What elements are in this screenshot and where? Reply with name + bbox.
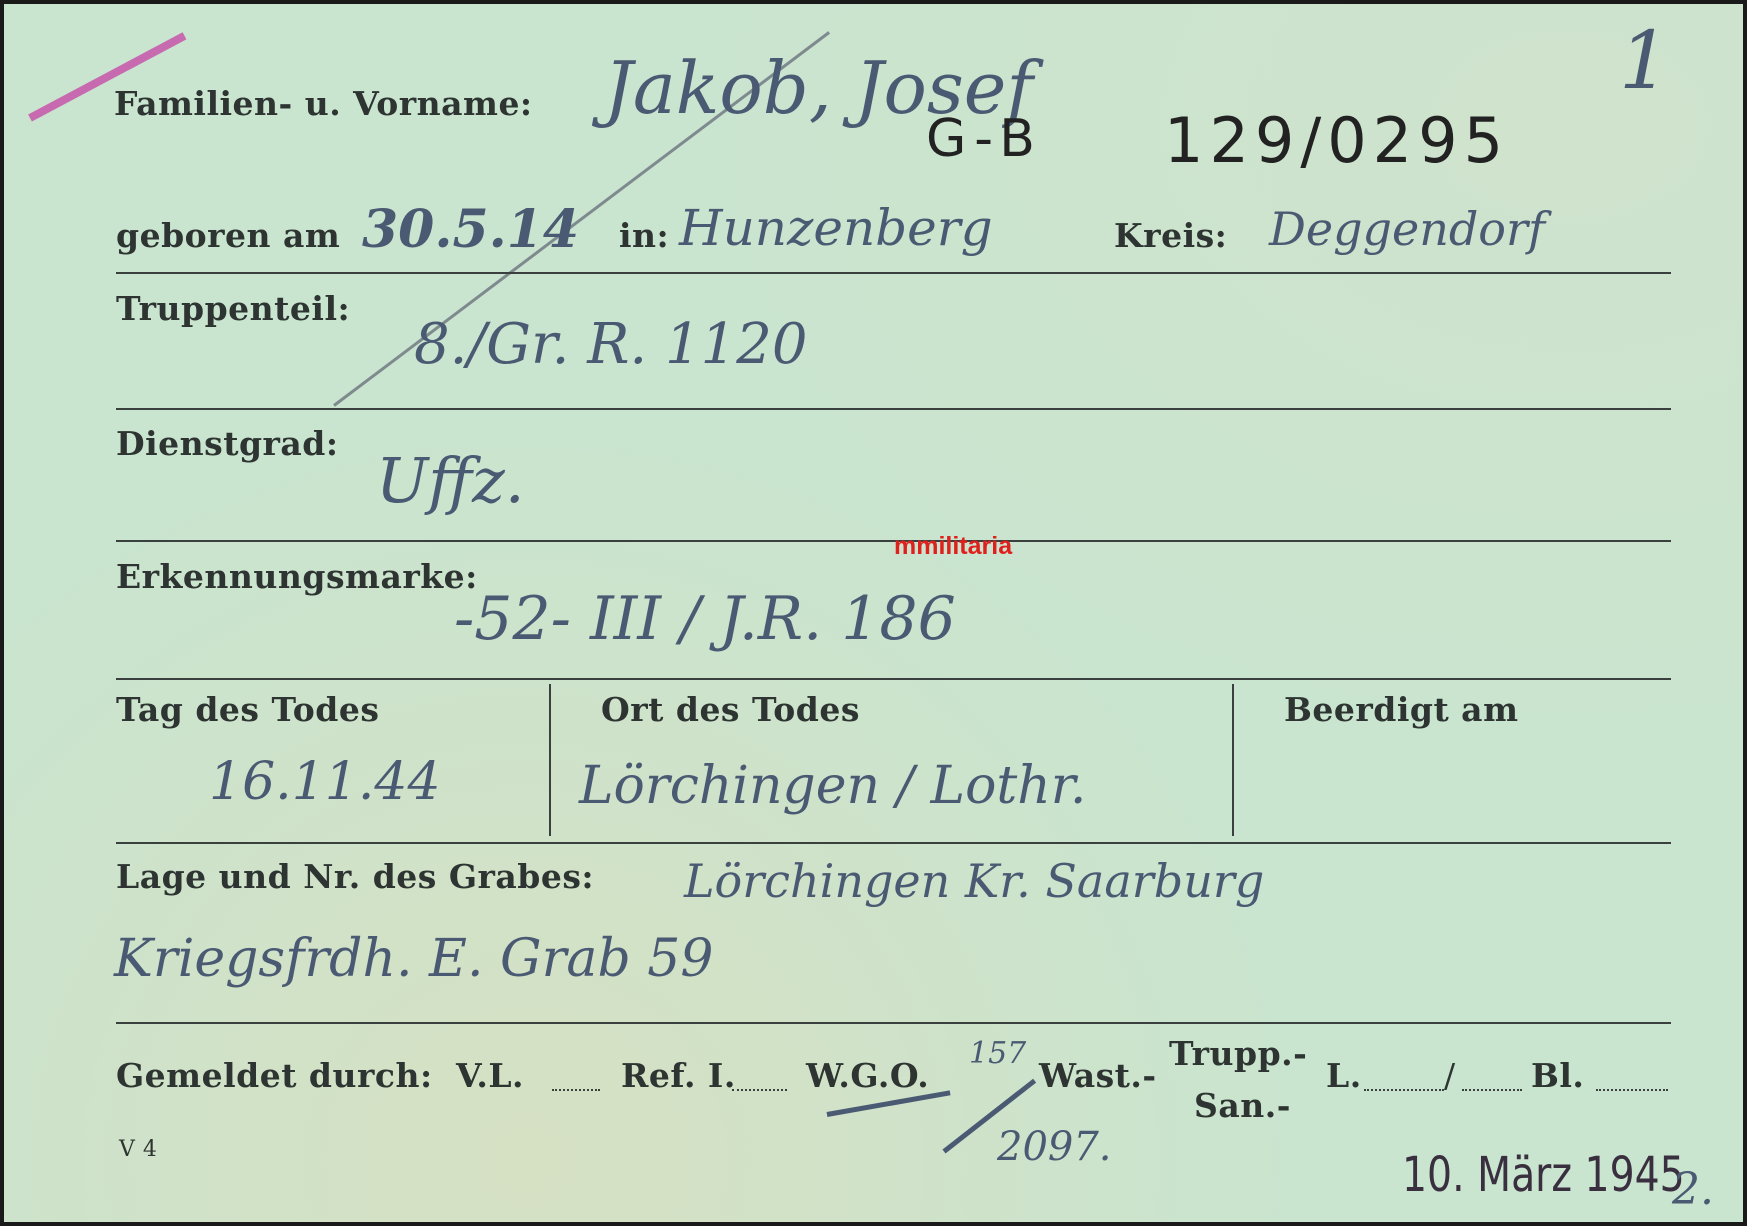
reported-by-l: L. <box>1326 1056 1362 1095</box>
unit-label: Truppenteil: <box>116 289 350 328</box>
grave-label: Lage und Nr. des Grabes: <box>116 857 594 896</box>
unit-value: 8./Gr. R. 1120 <box>414 312 808 377</box>
reported-by-vl: V.L. <box>456 1056 524 1095</box>
dotted-line <box>552 1089 600 1091</box>
id-tag-value: -52- III / J.R. 186 <box>454 584 956 654</box>
dotted-line <box>732 1089 787 1091</box>
wgo-number: 157 <box>969 1036 1026 1071</box>
id-tag-label: Erkennungsmarke: <box>116 557 478 596</box>
column-divider <box>549 684 551 836</box>
reported-by-ref: Ref. I. <box>621 1056 736 1095</box>
stamp-initial: 2. <box>1672 1164 1714 1215</box>
reported-by-san: San.- <box>1194 1086 1291 1125</box>
reported-by-label: Gemeldet durch: <box>116 1056 433 1095</box>
reported-by-bl: Bl. <box>1531 1056 1584 1095</box>
reported-by-trupp: Trupp.- <box>1169 1034 1307 1073</box>
born-value: 30.5.14 <box>362 199 579 260</box>
file-number: 129/0295 <box>1164 104 1509 177</box>
dotted-line <box>1462 1089 1522 1091</box>
death-record-card: 1 Familien- u. Vorname: Jakob, Josef G-B… <box>4 4 1743 1222</box>
birthplace-label: in: <box>619 216 669 255</box>
reported-by-wgo: W.G.O. <box>806 1056 929 1095</box>
watermark: mmilitaria <box>894 532 1012 561</box>
grave-value-line2: Kriegsfrdh. E. Grab 59 <box>114 929 713 989</box>
reported-by-slash: / <box>1444 1056 1456 1095</box>
column-divider <box>1232 684 1234 836</box>
form-code: V 4 <box>119 1137 157 1162</box>
divider <box>116 678 1671 680</box>
rank-value: Uffz. <box>376 444 525 517</box>
top-right-mark: 1 <box>1619 14 1670 107</box>
reported-by-wast: Wast.- <box>1039 1056 1157 1095</box>
rank-label: Dienstgrad: <box>116 424 339 463</box>
district-value: Deggendorf <box>1269 202 1545 256</box>
birthplace-value: Hunzenberg <box>679 199 993 257</box>
district-label: Kreis: <box>1114 216 1227 255</box>
grave-value-line1: Lörchingen Kr. Saarburg <box>684 854 1264 908</box>
death-place-label: Ort des Todes <box>601 690 860 729</box>
dotted-line <box>1596 1089 1668 1091</box>
divider <box>116 408 1671 410</box>
death-date-value: 16.11.44 <box>209 752 441 812</box>
buried-label: Beerdigt am <box>1284 690 1519 729</box>
date-stamp: 10. März 1945 <box>1402 1147 1685 1203</box>
name-label: Familien- u. Vorname: <box>114 84 533 123</box>
dotted-line <box>1364 1089 1444 1091</box>
wast-number: 2097. <box>997 1124 1112 1170</box>
divider <box>116 842 1671 844</box>
file-prefix: G-B <box>926 109 1043 169</box>
death-place-value: Lörchingen / Lothr. <box>579 756 1086 816</box>
born-label: geboren am <box>116 216 340 255</box>
divider <box>116 272 1671 274</box>
divider <box>116 1022 1671 1024</box>
death-date-label: Tag des Todes <box>116 690 379 729</box>
